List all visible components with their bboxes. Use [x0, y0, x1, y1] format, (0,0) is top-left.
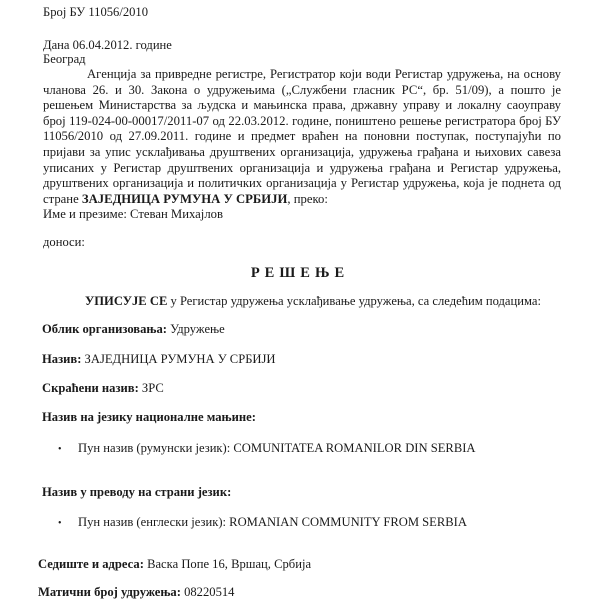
field-registration-number: Матични број удружења: 08220514 — [38, 585, 234, 599]
paragraph-line: друштвених организација и политичких орг… — [43, 176, 561, 192]
paragraph-line: број 119-024-00-00017/2011-07 од 22.03.2… — [43, 114, 561, 130]
field-address: Седиште и адреса: Васка Попе 16, Вршац, … — [38, 557, 311, 571]
foreign-language-item: •Пун назив (енглески језик): ROMANIAN CO… — [58, 515, 467, 531]
paragraph-line: Агенција за привредне регистре, Регистра… — [43, 67, 561, 83]
case-number: Број БУ 11056/2010 — [43, 5, 148, 19]
document-date: Дана 06.04.2012. године — [43, 38, 172, 52]
representative-line: Име и презиме: Стеван Михајлов — [43, 207, 561, 223]
field-name: Назив: ЗАЈЕДНИЦА РУМУНА У СРБИЈИ — [42, 352, 276, 366]
minority-language-item: •Пун назив (румунски језик): COMUNITATEA… — [58, 441, 476, 457]
document-page: Број БУ 11056/2010 Дана 06.04.2012. годи… — [0, 0, 600, 600]
field-minority-language-label: Назив на језику националне мањине: — [42, 410, 256, 424]
brings-label: доноси: — [43, 235, 85, 249]
decision-intro: УПИСУЈЕ СЕ у Регистар удружења усклађива… — [85, 294, 541, 308]
field-org-form: Облик организовања: Удружење — [42, 322, 225, 336]
paragraph-line: уписаних у Регистар друштвених организац… — [43, 161, 561, 177]
submitter-name: ЗАЈЕДНИЦА РУМУНА У СРБИЈИ — [82, 192, 287, 206]
paragraph-line: пријави за упис усклађивања друштвених о… — [43, 145, 561, 161]
paragraph-line: чланова 26. и 30. Закона о удружењима („… — [43, 83, 561, 99]
field-foreign-language-label: Назив у преводу на страни језик: — [42, 485, 231, 499]
paragraph-line: 11056/2010 од 27.09.2011. године и предм… — [43, 129, 561, 145]
document-city: Београд — [43, 52, 86, 66]
bullet-icon: • — [58, 517, 78, 531]
field-short-name: Скраћени назив: ЗРС — [42, 381, 164, 395]
decision-title: РЕШЕЊЕ — [0, 266, 600, 280]
intro-paragraph: Агенција за привредне регистре, Регистра… — [43, 67, 561, 223]
bullet-icon: • — [58, 443, 78, 457]
submitter-line: стране ЗАЈЕДНИЦА РУМУНА У СРБИЈИ, преко: — [43, 192, 561, 208]
paragraph-line: решењем Министарства за људска и мањинск… — [43, 98, 561, 114]
